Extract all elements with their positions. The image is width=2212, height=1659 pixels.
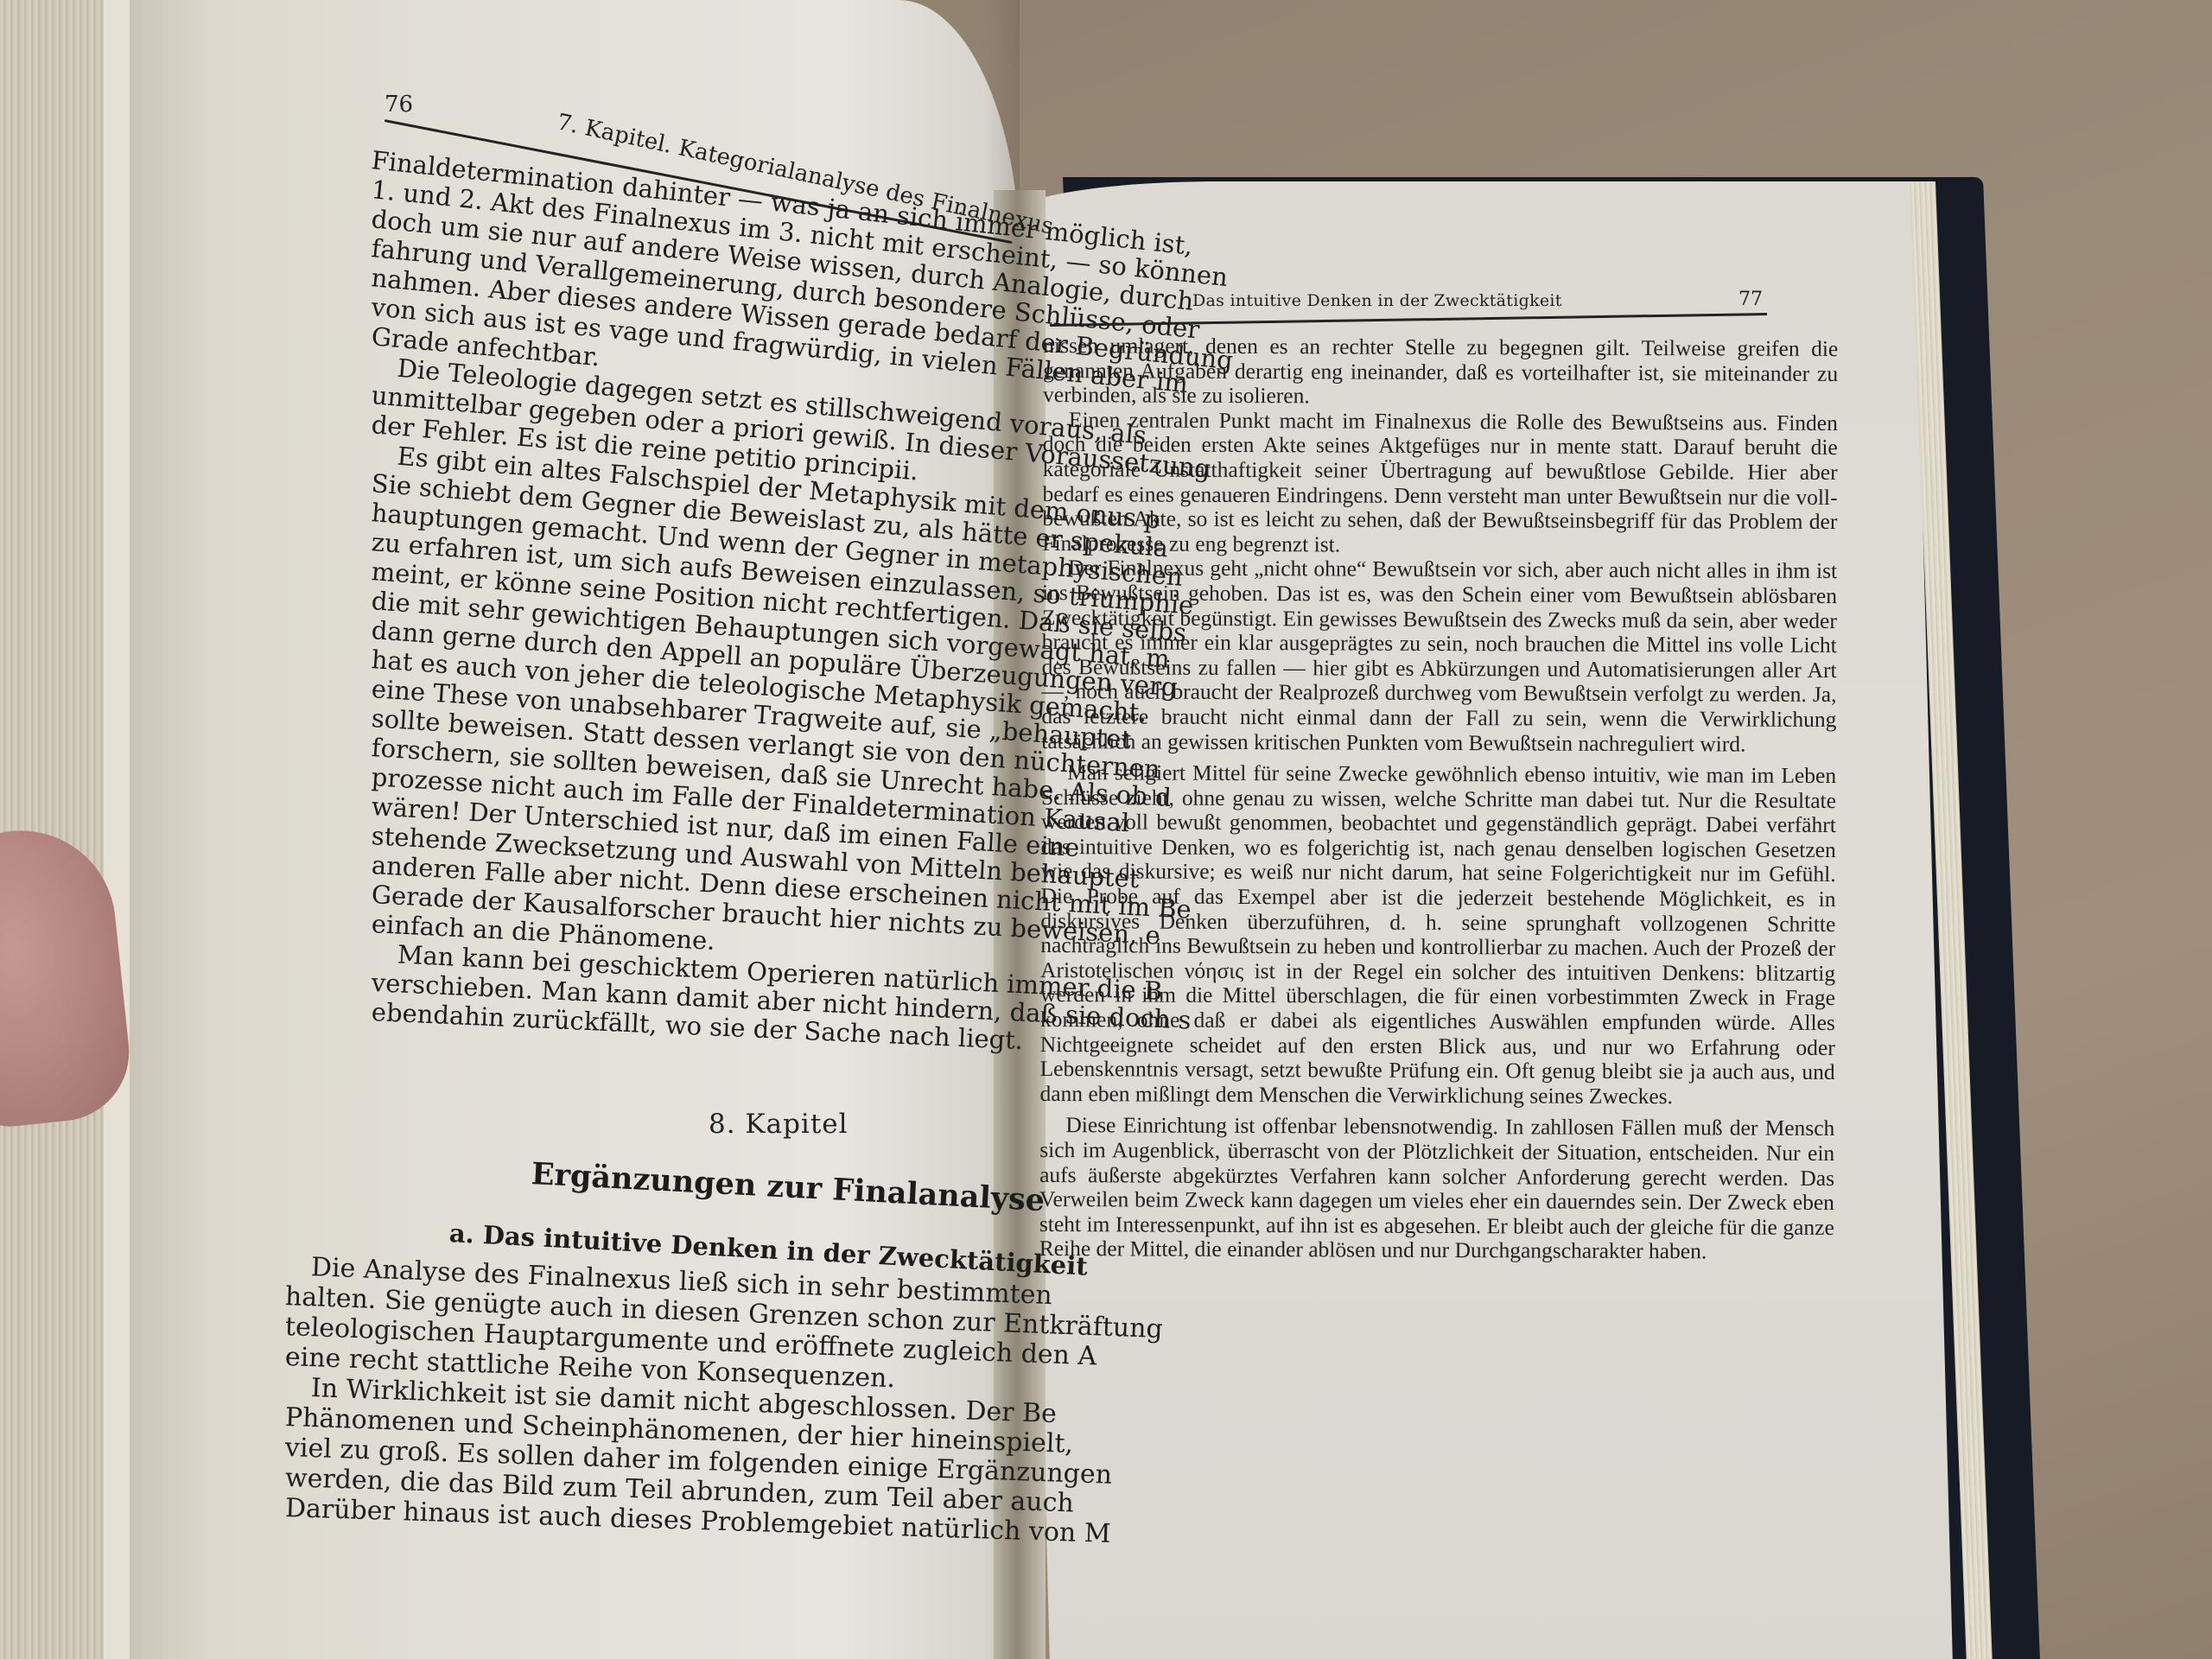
- chapter-label: 8. Kapitel: [709, 1109, 849, 1140]
- running-head-right: Das intuitive Denken in der Zwecktätigke…: [1192, 291, 1562, 310]
- paragraph: Der Finalnexus geht „nicht ohne“ Bewußts…: [1041, 556, 1837, 757]
- paragraph: Man seligiert Mittel für seine Zwecke ge…: [1039, 760, 1836, 1109]
- paragraph: Diese Einrichtung ist offenbar lebensnot…: [1039, 1113, 1835, 1265]
- left-page-body: Finaldetermination dahinter — was ja an …: [372, 145, 1028, 1027]
- paragraph: nissen umlagert, denen es an rechter Ste…: [1043, 334, 1838, 411]
- left-page-section-body: Die Analyse des Finalnexus ließ sich in …: [285, 1251, 1002, 1523]
- paragraph: Einen zentralen Punkt macht im Finalnexu…: [1042, 408, 1838, 560]
- page-number-left: 76: [385, 92, 413, 118]
- right-page-header: Das intuitive Denken in der Zwecktätigke…: [1192, 289, 1763, 310]
- page-edge-highlight: [104, 0, 130, 1659]
- page-number-right: 77: [1738, 289, 1763, 310]
- right-page-body: nissen umlagert, denen es an rechter Ste…: [1039, 334, 1839, 1265]
